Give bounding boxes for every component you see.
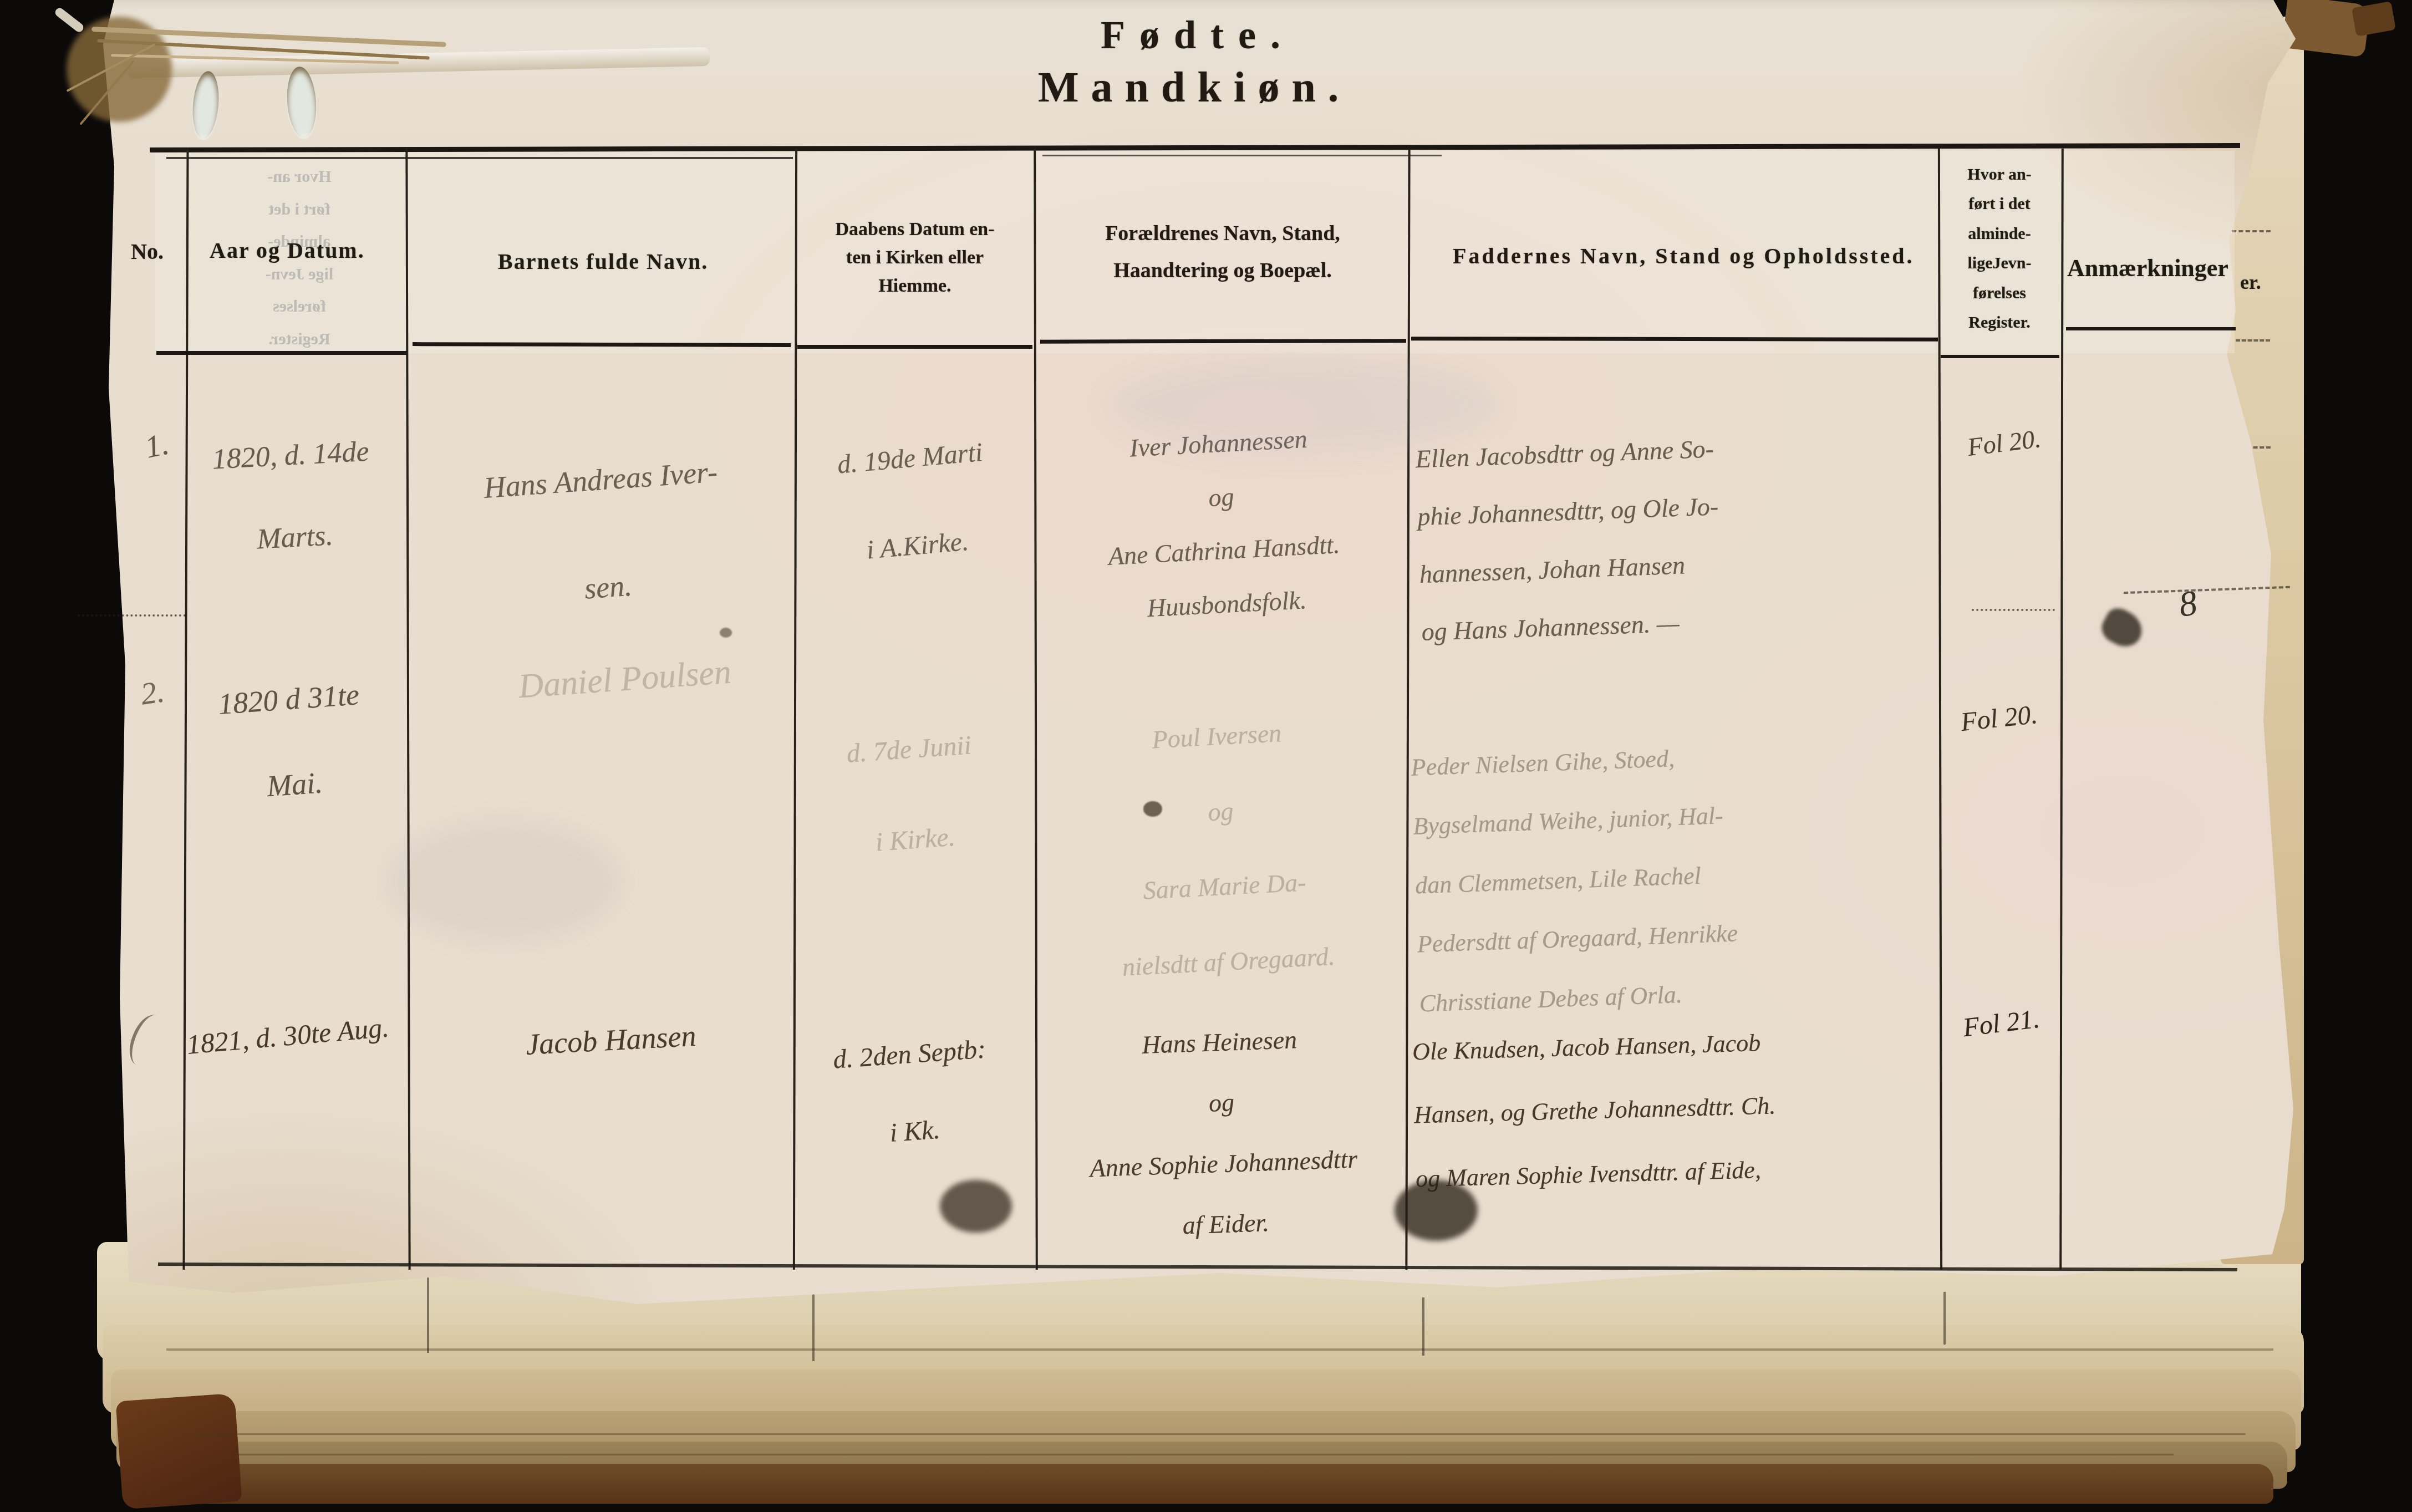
page-title-line2: Mandkiøn. [1038, 62, 1351, 112]
header-date: Aar og Datum. [210, 237, 365, 263]
row1-baptism: d. 19de Marti i A.Kirke. [796, 405, 1032, 599]
ink-smudge-2 [1395, 1180, 1478, 1241]
under-page-rule-fragment-4 [1943, 1292, 1946, 1345]
under-leaf-line-2 [2236, 339, 2270, 342]
book-board-corner [115, 1393, 242, 1510]
ink-spot-1 [1143, 801, 1162, 817]
row1-sponsors: Ellen Jacobsdttr og Anne So- phie Johann… [1414, 413, 1938, 661]
row3-sponsors: Ole Knudsen, Jacob Hansen, Jacob Hansen,… [1412, 1006, 1949, 1210]
header-remarks: Anmærkninger [2067, 254, 2228, 282]
stain-grey-haze [388, 821, 621, 943]
row2-date: 1820 d 31te Mai. [181, 650, 403, 835]
row3-baptism: d. 2den Septb: i Kk. [796, 1008, 1028, 1178]
table-top-rule-3 [1042, 155, 1442, 156]
header-parents: Forældrenes Navn, Stand, Haandtering og … [1048, 215, 1397, 289]
header-rule-parents [1040, 339, 1406, 343]
edge-streak-2 [194, 1433, 2246, 1435]
table-top-rule-2 [166, 157, 793, 159]
header-sponsors: Faddernes Navn, Stand og Opholdssted. [1453, 243, 1915, 269]
header-rule-baptism [797, 345, 1032, 349]
under-leaf-line-1 [2232, 230, 2271, 232]
row2-sponsors: Peder Nielsen Gihe, Stoed, Bygselmand We… [1410, 720, 1947, 1034]
row2-baptism: d. 7de Junii i Kirke. [795, 696, 1029, 892]
row-separator-dots-register [1972, 609, 2055, 611]
row1-date: 1820, d. 14de Marts. [184, 409, 403, 584]
header-name: Barnets fulde Navn. [498, 248, 708, 274]
page-title-line1: Fødte. [1101, 12, 1295, 58]
binding-fiber-3 [53, 6, 85, 34]
header-rule-register [1941, 355, 2059, 358]
row2-no: 2. [139, 674, 166, 712]
header-no: No. [131, 238, 164, 264]
under-page-rule-fragment-1 [427, 1275, 429, 1353]
under-page-edge-6 [144, 1464, 2273, 1504]
row3-parents: Hans Heinesen og Anne Sophie Johannesdtt… [1039, 1006, 1407, 1261]
torn-scrap-2 [2352, 1, 2396, 37]
edge-streak-3 [233, 1454, 2174, 1455]
under-page-rule-fragment-2 [812, 1292, 815, 1361]
under-leaf-text-fragment: er. [2240, 271, 2261, 294]
header-rule-remarks [2066, 327, 2236, 330]
row1-child-name: Hans Andreas Iver- sen. [420, 414, 789, 653]
row-separator-dots-left [78, 614, 186, 617]
header-rule-no-date [156, 351, 407, 355]
under-page-rule-fragment-3 [1422, 1297, 1424, 1356]
header-baptism: Daabens Datum en- ten i Kirken eller Hie… [803, 215, 1027, 300]
stain-blue-haze [1109, 355, 1497, 455]
row2-parents: Poul Iversen og Sara Marie Da- nielsdtt … [1035, 689, 1411, 1009]
ink-spot-2 [720, 628, 732, 638]
scanned-parish-register: er. Fødte. Mandkiøn. Hvor an- ført i det… [0, 0, 2412, 1512]
ink-smudge-1 [940, 1180, 1012, 1233]
edge-streak-1 [166, 1348, 2273, 1351]
header-register: Hvor an- ført i det alminde- ligeJevn- f… [1941, 160, 2058, 337]
